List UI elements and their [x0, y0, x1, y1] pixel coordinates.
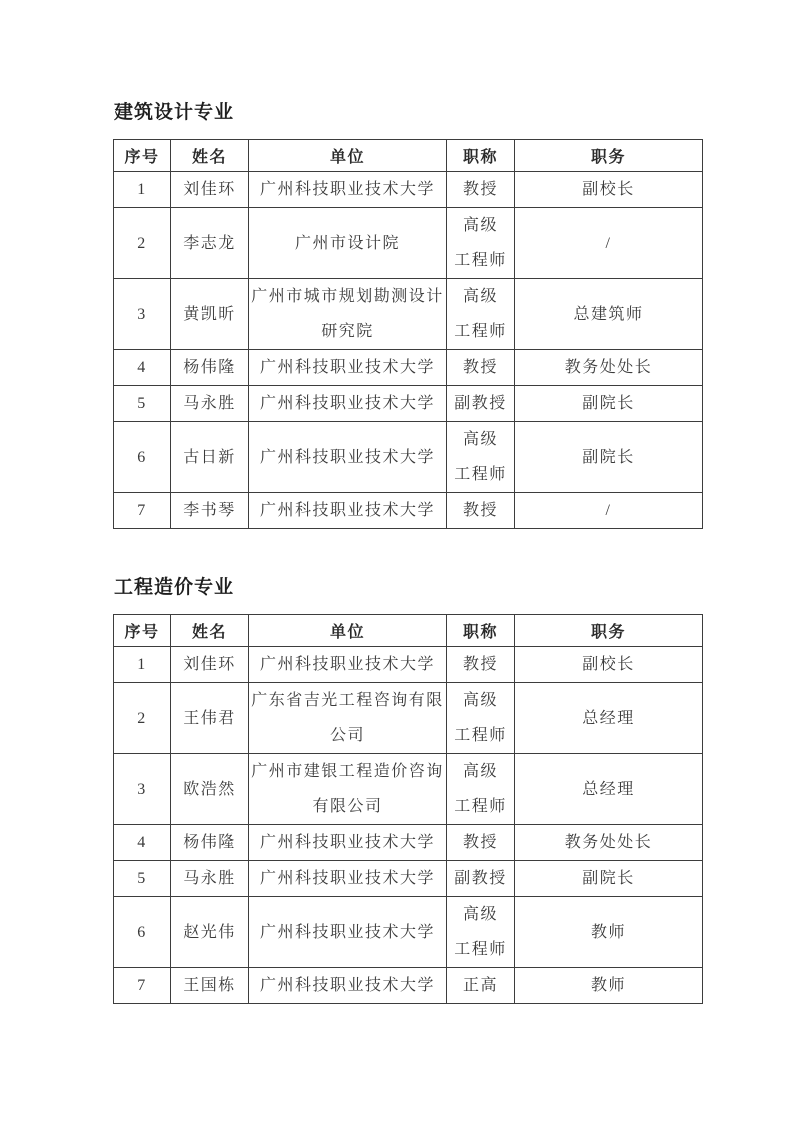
column-header: 职称 — [447, 140, 515, 172]
section-heading: 建筑设计专业 — [114, 101, 687, 124]
table-row: 6赵光伟广州科技职业技术大学高级 工程师教师 — [114, 897, 703, 968]
cell-title: 副教授 — [447, 861, 515, 897]
cell-position: / — [515, 208, 703, 279]
cell-title: 教授 — [447, 493, 515, 529]
cell-unit: 广州科技职业技术大学 — [249, 968, 447, 1004]
cell-name: 马永胜 — [171, 861, 249, 897]
cell-position: 副院长 — [515, 861, 703, 897]
cell-position: 教师 — [515, 897, 703, 968]
column-header: 单位 — [249, 615, 447, 647]
cell-position: 教务处处长 — [515, 350, 703, 386]
roster-table: 序号姓名单位职称职务 1刘佳环广州科技职业技术大学教授副校长2李志龙广州市设计院… — [113, 139, 703, 529]
cell-title: 高级 工程师 — [447, 754, 515, 825]
table-row: 3黄凯昕广州市城市规划勘测设计 研究院高级 工程师总建筑师 — [114, 279, 703, 350]
table-body: 1刘佳环广州科技职业技术大学教授副校长2王伟君广东省吉光工程咨询有限 公司高级 … — [114, 647, 703, 1004]
cell-index: 4 — [114, 350, 171, 386]
cell-position: 总经理 — [515, 683, 703, 754]
cell-title: 教授 — [447, 825, 515, 861]
cell-title: 高级 工程师 — [447, 208, 515, 279]
cell-position: 总经理 — [515, 754, 703, 825]
column-header: 职务 — [515, 615, 703, 647]
cell-title: 教授 — [447, 350, 515, 386]
table-row: 3欧浩然广州市建银工程造价咨询 有限公司高级 工程师总经理 — [114, 754, 703, 825]
cell-name: 王伟君 — [171, 683, 249, 754]
cell-position: 总建筑师 — [515, 279, 703, 350]
major-section: 工程造价专业 序号姓名单位职称职务 1刘佳环广州科技职业技术大学教授副校长2王伟… — [113, 576, 687, 1004]
cell-index: 7 — [114, 493, 171, 529]
cell-position: 副院长 — [515, 422, 703, 493]
cell-index: 5 — [114, 386, 171, 422]
table-row: 4杨伟隆广州科技职业技术大学教授教务处处长 — [114, 825, 703, 861]
cell-index: 5 — [114, 861, 171, 897]
table-row: 1刘佳环广州科技职业技术大学教授副校长 — [114, 172, 703, 208]
document-page: 建筑设计专业 序号姓名单位职称职务 1刘佳环广州科技职业技术大学教授副校长2李志… — [0, 0, 794, 1123]
cell-name: 李志龙 — [171, 208, 249, 279]
cell-title: 副教授 — [447, 386, 515, 422]
cell-title: 高级 工程师 — [447, 897, 515, 968]
cell-index: 4 — [114, 825, 171, 861]
cell-index: 2 — [114, 208, 171, 279]
cell-index: 1 — [114, 172, 171, 208]
cell-name: 赵光伟 — [171, 897, 249, 968]
cell-name: 欧浩然 — [171, 754, 249, 825]
cell-unit: 广东省吉光工程咨询有限 公司 — [249, 683, 447, 754]
cell-index: 3 — [114, 279, 171, 350]
cell-index: 6 — [114, 897, 171, 968]
table-row: 6古日新广州科技职业技术大学高级 工程师副院长 — [114, 422, 703, 493]
column-header: 单位 — [249, 140, 447, 172]
cell-unit: 广州科技职业技术大学 — [249, 350, 447, 386]
cell-position: 教师 — [515, 968, 703, 1004]
table-row: 5马永胜广州科技职业技术大学副教授副院长 — [114, 386, 703, 422]
column-header: 序号 — [114, 615, 171, 647]
table-header-row: 序号姓名单位职称职务 — [114, 140, 703, 172]
table-row: 5马永胜广州科技职业技术大学副教授副院长 — [114, 861, 703, 897]
cell-index: 1 — [114, 647, 171, 683]
cell-index: 7 — [114, 968, 171, 1004]
section-heading: 工程造价专业 — [114, 576, 687, 599]
cell-position: 教务处处长 — [515, 825, 703, 861]
cell-unit: 广州科技职业技术大学 — [249, 825, 447, 861]
cell-name: 马永胜 — [171, 386, 249, 422]
cell-name: 李书琴 — [171, 493, 249, 529]
table-row: 4杨伟隆广州科技职业技术大学教授教务处处长 — [114, 350, 703, 386]
table-row: 2李志龙广州市设计院高级 工程师/ — [114, 208, 703, 279]
cell-name: 杨伟隆 — [171, 825, 249, 861]
table-row: 1刘佳环广州科技职业技术大学教授副校长 — [114, 647, 703, 683]
cell-unit: 广州科技职业技术大学 — [249, 172, 447, 208]
cell-name: 杨伟隆 — [171, 350, 249, 386]
column-header: 职务 — [515, 140, 703, 172]
cell-position: / — [515, 493, 703, 529]
roster-table: 序号姓名单位职称职务 1刘佳环广州科技职业技术大学教授副校长2王伟君广东省吉光工… — [113, 614, 703, 1004]
cell-unit: 广州市城市规划勘测设计 研究院 — [249, 279, 447, 350]
column-header: 职称 — [447, 615, 515, 647]
table-row: 7王国栋广州科技职业技术大学正高教师 — [114, 968, 703, 1004]
table-row: 7李书琴广州科技职业技术大学教授/ — [114, 493, 703, 529]
cell-unit: 广州市设计院 — [249, 208, 447, 279]
cell-unit: 广州科技职业技术大学 — [249, 647, 447, 683]
table-body: 1刘佳环广州科技职业技术大学教授副校长2李志龙广州市设计院高级 工程师/3黄凯昕… — [114, 172, 703, 529]
cell-unit: 广州市建银工程造价咨询 有限公司 — [249, 754, 447, 825]
column-header: 姓名 — [171, 615, 249, 647]
cell-position: 副校长 — [515, 647, 703, 683]
cell-title: 教授 — [447, 172, 515, 208]
major-section: 建筑设计专业 序号姓名单位职称职务 1刘佳环广州科技职业技术大学教授副校长2李志… — [113, 101, 687, 529]
cell-title: 高级 工程师 — [447, 422, 515, 493]
column-header: 序号 — [114, 140, 171, 172]
cell-name: 刘佳环 — [171, 172, 249, 208]
cell-position: 副院长 — [515, 386, 703, 422]
cell-unit: 广州科技职业技术大学 — [249, 897, 447, 968]
table-row: 2王伟君广东省吉光工程咨询有限 公司高级 工程师总经理 — [114, 683, 703, 754]
table-head: 序号姓名单位职称职务 — [114, 140, 703, 172]
cell-title: 正高 — [447, 968, 515, 1004]
column-header: 姓名 — [171, 140, 249, 172]
table-head: 序号姓名单位职称职务 — [114, 615, 703, 647]
cell-index: 2 — [114, 683, 171, 754]
cell-index: 6 — [114, 422, 171, 493]
cell-title: 教授 — [447, 647, 515, 683]
cell-name: 古日新 — [171, 422, 249, 493]
cell-name: 黄凯昕 — [171, 279, 249, 350]
cell-unit: 广州科技职业技术大学 — [249, 386, 447, 422]
cell-unit: 广州科技职业技术大学 — [249, 493, 447, 529]
cell-unit: 广州科技职业技术大学 — [249, 422, 447, 493]
cell-title: 高级 工程师 — [447, 683, 515, 754]
cell-unit: 广州科技职业技术大学 — [249, 861, 447, 897]
cell-name: 王国栋 — [171, 968, 249, 1004]
cell-position: 副校长 — [515, 172, 703, 208]
cell-index: 3 — [114, 754, 171, 825]
table-header-row: 序号姓名单位职称职务 — [114, 615, 703, 647]
cell-name: 刘佳环 — [171, 647, 249, 683]
cell-title: 高级 工程师 — [447, 279, 515, 350]
